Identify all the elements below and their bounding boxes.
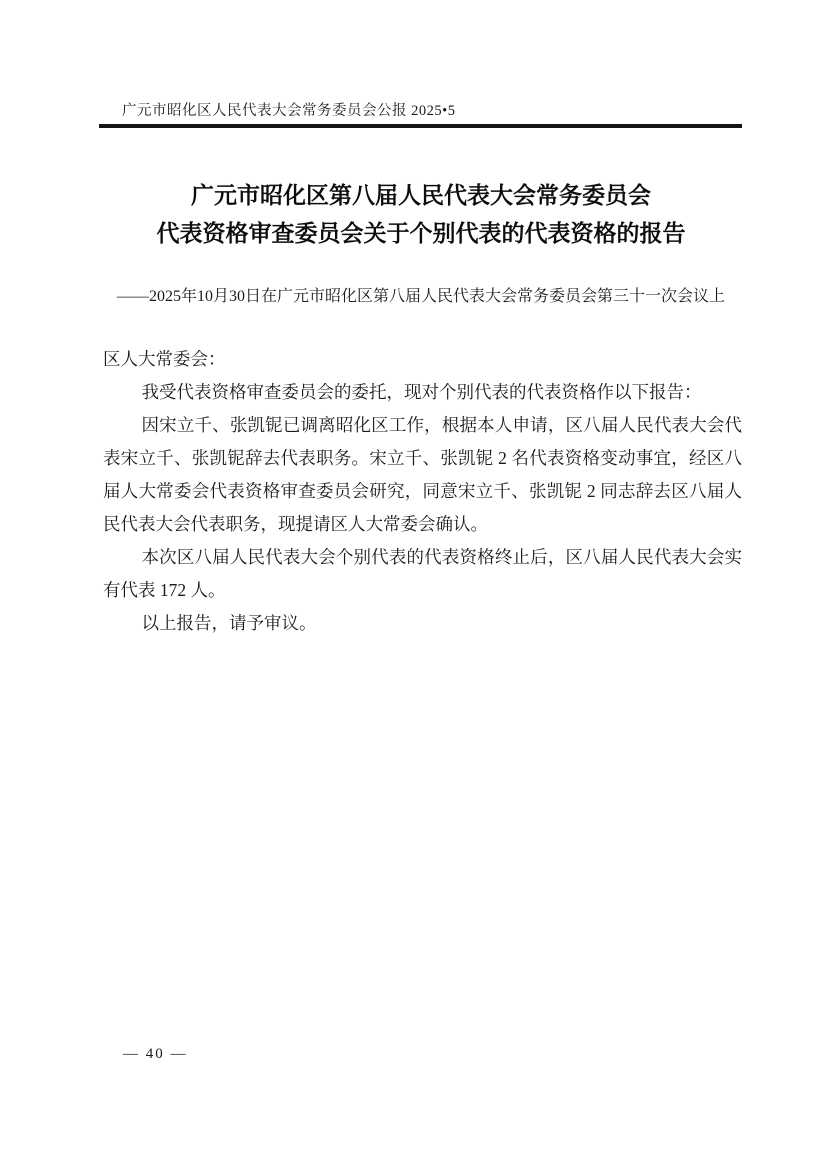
page-number: — 40 — <box>123 1046 188 1063</box>
document-page: 广元市昭化区人民代表大会常务委员会公报 2025•5 广元市昭化区第八届人民代表… <box>0 0 827 1170</box>
document-title-line1: 广元市昭化区第八届人民代表大会常务委员会 <box>100 176 742 214</box>
salutation: 区人大常委会： <box>103 343 742 376</box>
document-title: 广元市昭化区第八届人民代表大会常务委员会 代表资格审查委员会关于个别代表的代表资… <box>100 176 742 252</box>
body-paragraph: 以上报告，请予审议。 <box>103 607 742 640</box>
body-paragraph: 本次区八届人民代表大会个别代表的代表资格终止后，区八届人民代表大会实有代表 17… <box>103 541 742 607</box>
document-subtitle: ——2025年10月30日在广元市昭化区第八届人民代表大会常务委员会第三十一次会… <box>100 287 742 307</box>
document-body: 区人大常委会： 我受代表资格审查委员会的委托，现对个别代表的代表资格作以下报告：… <box>103 343 742 640</box>
document-title-line2: 代表资格审查委员会关于个别代表的代表资格的报告 <box>100 214 742 252</box>
body-paragraph: 我受代表资格审查委员会的委托，现对个别代表的代表资格作以下报告： <box>103 376 742 409</box>
header-divider-rule <box>99 124 742 128</box>
body-paragraph: 因宋立千、张凯铌已调离昭化区工作，根据本人申请，区八届人民代表大会代表宋立千、张… <box>103 409 742 541</box>
bulletin-header: 广元市昭化区人民代表大会常务委员会公报 2025•5 <box>100 99 742 120</box>
